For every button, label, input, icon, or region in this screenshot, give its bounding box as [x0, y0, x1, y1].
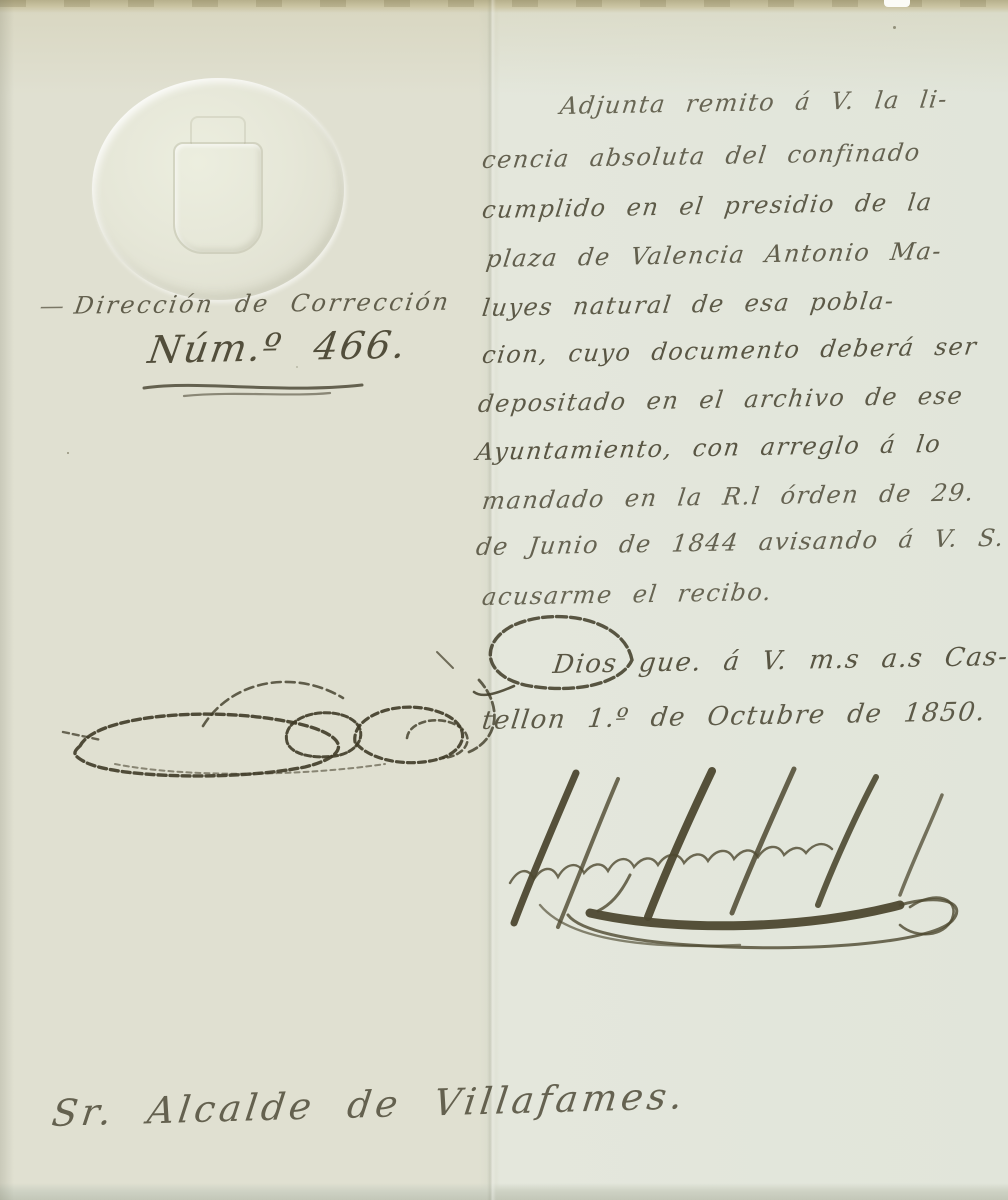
manuscript-line: depositado en el archivo de ese: [477, 382, 966, 418]
signature-flourish: [480, 755, 1000, 945]
letter-scan: Dirección de Corrección Núm.º 466. Adjun…: [0, 0, 1008, 1200]
manuscript-line: mandado en la R.l órden de 29.: [481, 478, 977, 515]
foxing-speck: [67, 452, 69, 454]
seal-crown-detail: [190, 116, 246, 144]
manuscript-line: luyes natural de esa pobla-: [481, 287, 897, 322]
paper-edge-notch: [884, 0, 910, 7]
foxing-speck: [893, 26, 896, 29]
manuscript-line: de Junio de 1844 avisando á V. S.: [475, 524, 1007, 561]
manuscript-line: Adjunta remito á V. la li-: [559, 85, 950, 120]
number-underline-flourish: [140, 380, 370, 402]
paper-left-edge: [0, 0, 14, 1200]
manuscript-line: plaza de Valencia Antonio Ma-: [485, 237, 944, 273]
manuscript-line: cion, cuyo documento deberá ser: [481, 332, 979, 369]
manuscript-line: cencia absoluta del confinado: [481, 138, 923, 174]
header-number-line: Núm.º 466.: [145, 323, 410, 372]
paper-top-tint: [0, 0, 1008, 95]
manuscript-line: cumplido en el presidio de la: [481, 188, 935, 224]
header-office-line: Dirección de Corrección: [38, 288, 453, 320]
manuscript-line: Ayuntamiento, con arreglo á lo: [475, 430, 944, 466]
address-line: Sr. Alcalde de Villafames.: [49, 1074, 689, 1135]
embossed-seal: [92, 78, 344, 300]
seal-shield-detail: [173, 142, 263, 254]
paper-top-edge-texture: [0, 0, 1008, 7]
paper-bottom-edge: [0, 1183, 1008, 1200]
rubric-flourish: [55, 646, 500, 798]
